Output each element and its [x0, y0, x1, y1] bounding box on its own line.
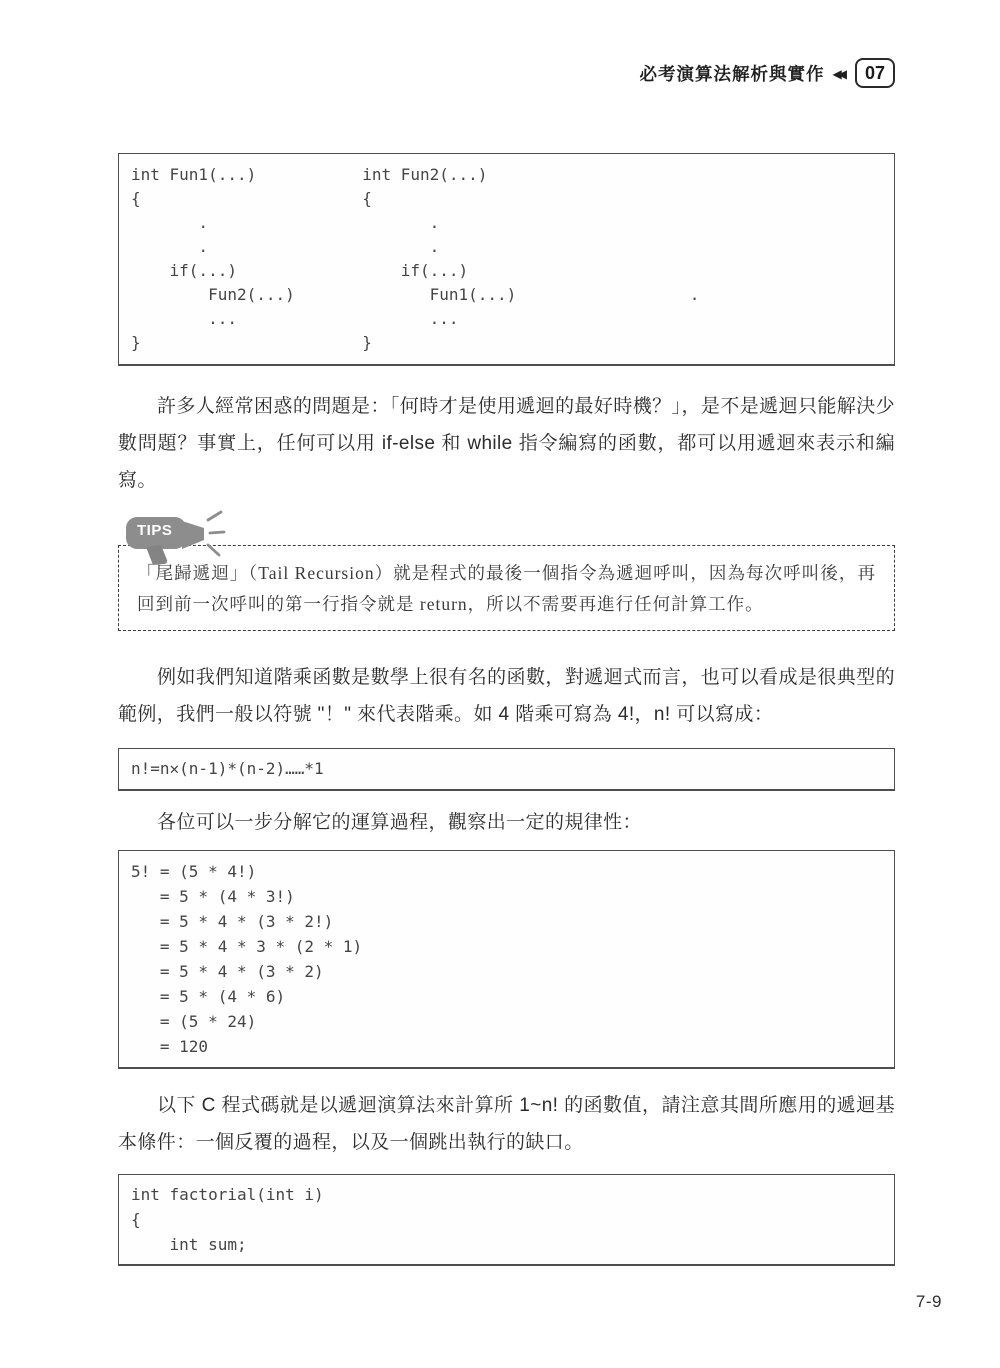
paragraph-c-code-intro: 以下 C 程式碼就是以遞迴演算法來計算所 1~n! 的函數值，請注意其間所應用的…: [118, 1087, 895, 1161]
code-block-factorial-expansion: 5! = (5 * 4!) = 5 * (4 * 3!) = 5 * 4 * (…: [118, 850, 895, 1069]
code-block-factorial-formula: n!=n✕(n-1)*(n-2)……*1: [118, 748, 895, 791]
page-content: int Fun1(...) int Fun2(...) { { . . . . …: [118, 153, 895, 1266]
tips-dashed-panel: 「尾歸遞迴」（Tail Recursion）就是程式的最後一個指令為遞迴呼叫，因…: [118, 545, 895, 631]
tips-box: TIPS 「尾歸遞迴」（Tail Recursion）就是程式的最後一個指令為遞…: [118, 511, 895, 631]
tips-megaphone-icon: TIPS: [122, 509, 226, 567]
code-block-mutual-recursion: int Fun1(...) int Fun2(...) { { . . . . …: [118, 153, 895, 366]
running-title: 必考演算法解析與實作: [640, 61, 825, 86]
paragraph-recursion-question: 許多人經常困惑的問題是：「何時才是使用遞迴的最好時機？」，是不是遞迴只能解決少數…: [118, 388, 895, 499]
back-chevrons-icon: ◀◀: [833, 67, 847, 81]
paragraph-decompose: 各位可以一步分解它的運算過程，觀察出一定的規律性：: [118, 804, 895, 841]
page-header: 必考演算法解析與實作 ◀◀ 07: [0, 0, 895, 89]
chapter-badge: 07: [855, 58, 895, 88]
code-block-c-factorial: int factorial(int i) { int sum;: [118, 1174, 895, 1266]
page-number: 7-9: [916, 1292, 942, 1312]
tips-text: 「尾歸遞迴」（Tail Recursion）就是程式的最後一個指令為遞迴呼叫，因…: [137, 558, 876, 620]
book-page: 必考演算法解析與實作 ◀◀ 07 int Fun1(...) int Fun2(…: [0, 0, 1000, 1368]
tips-label: TIPS: [137, 522, 172, 539]
paragraph-factorial-intro: 例如我們知道階乘函數是數學上很有名的函數，對遞迴式而言，也可以看成是很典型的範例…: [118, 659, 895, 733]
